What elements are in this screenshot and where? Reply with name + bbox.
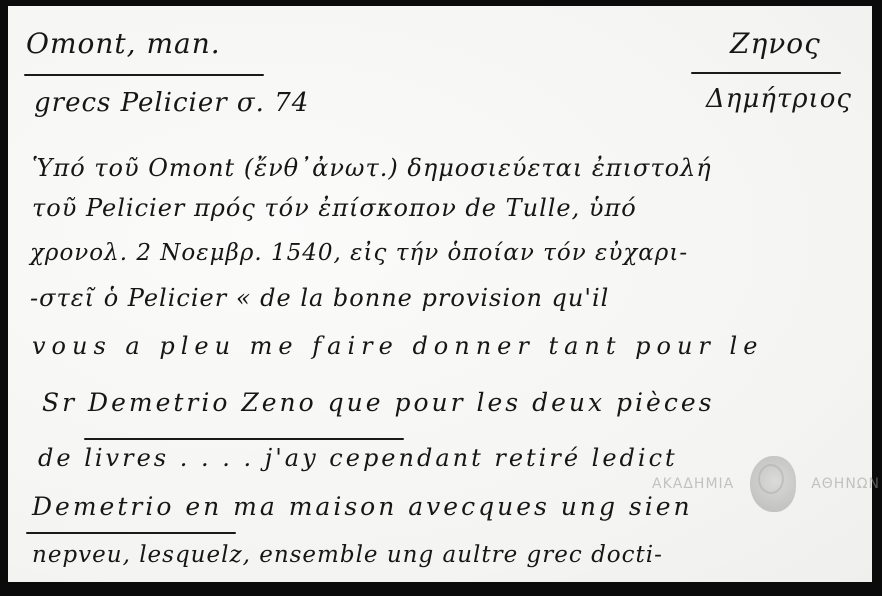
header-right-divider bbox=[691, 72, 841, 74]
body-line-7: de livres . . . . j'ay cependant retiré … bbox=[38, 446, 678, 470]
body-line-9: nepveu, lesquelz, ensemble ung aultre gr… bbox=[32, 544, 663, 567]
index-card: Omont, man. grecs Pelicier σ. 74 Ζηνος Δ… bbox=[8, 6, 872, 582]
body-line-1: Ὑπό τοῦ Omont (ἔνθ᾽ἀνωτ.) δημοσιεύεται ἐ… bbox=[32, 156, 712, 180]
header-right-surname: Ζηνος bbox=[730, 30, 821, 58]
watermark-right-text: ΑΘΗΝΩΝ bbox=[811, 476, 880, 492]
body-line-6: Sr Demetrio Zeno que pour les deux pièce… bbox=[42, 390, 714, 415]
underline-demetrio bbox=[26, 532, 236, 534]
body-line-5: vous a pleu me faire donner tant pour le bbox=[32, 334, 763, 358]
header-left-divider bbox=[24, 74, 264, 76]
header-left-title: Omont, man. bbox=[26, 30, 221, 58]
header-left-subtitle: grecs Pelicier σ. 74 bbox=[34, 90, 309, 116]
header-right-forename: Δημήτριος bbox=[706, 86, 852, 112]
watermark-left-text: ΑΚΑΔΗΜΙΑ bbox=[652, 476, 734, 492]
body-line-4: -στεῖ ὁ Pelicier « de la bonne provision… bbox=[30, 286, 609, 310]
body-line-2: τοῦ Pelicier πρός τόν ἐπίσκοπον de Tulle… bbox=[32, 196, 637, 220]
body-line-8: Demetrio en ma maison avecques ung sien bbox=[32, 494, 693, 519]
underline-demetrio-zeno bbox=[84, 438, 404, 440]
body-line-3: χρονολ. 2 Νοεμβρ. 1540, εἰς τήν ὁποίαν τ… bbox=[30, 242, 688, 265]
athena-head-icon bbox=[750, 456, 796, 512]
